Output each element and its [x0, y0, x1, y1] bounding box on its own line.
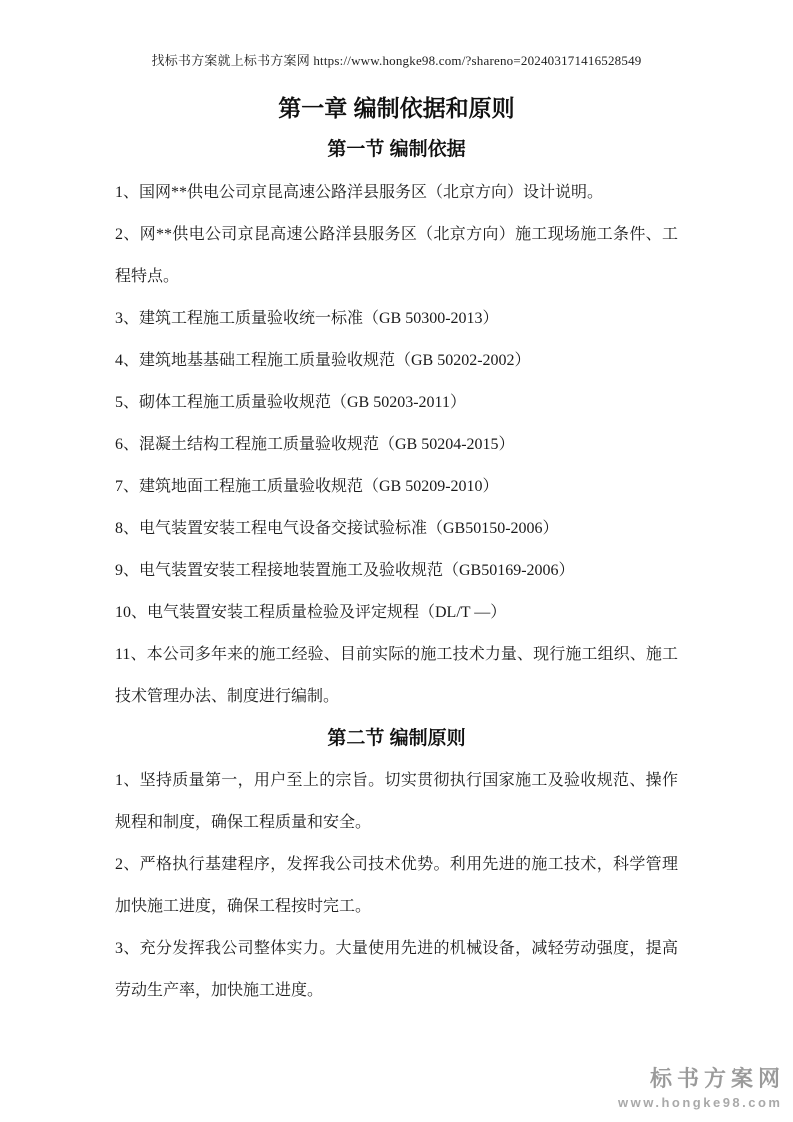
- list-item: 7、建筑地面工程施工质量验收规范（GB 50209-2010）: [115, 466, 678, 508]
- list-item: 2、网**供电公司京昆高速公路洋县服务区（北京方向）施工现场施工条件、工程特点。: [115, 214, 678, 298]
- list-item: 10、电气装置安装工程质量检验及评定规程（DL/T —）: [115, 592, 678, 634]
- header-note: 找标书方案就上标书方案网 https://www.hongke98.com/?s…: [0, 50, 793, 69]
- section-1-heading: 第一节 编制依据: [115, 135, 678, 165]
- list-item: 8、电气装置安装工程电气设备交接试验标准（GB50150-2006）: [115, 508, 678, 550]
- list-item: 2、严格执行基建程序，发挥我公司技术优势。利用先进的施工技术，科学管理加快施工进…: [115, 844, 678, 928]
- watermark-site-url: www.hongke98.com: [618, 1095, 783, 1110]
- list-item: 1、坚持质量第一，用户至上的宗旨。切实贯彻执行国家施工及验收规范、操作规程和制度…: [115, 760, 678, 844]
- section-2-items: 1、坚持质量第一，用户至上的宗旨。切实贯彻执行国家施工及验收规范、操作规程和制度…: [115, 760, 678, 1012]
- watermark: 标书方案网 www.hongke98.com: [618, 1062, 780, 1110]
- list-item: 5、砌体工程施工质量验收规范（GB 50203-2011）: [115, 382, 678, 424]
- section-2-heading: 第二节 编制原则: [115, 718, 678, 760]
- list-item: 11、本公司多年来的施工经验、目前实际的施工技术力量、现行施工组织、施工技术管理…: [115, 634, 678, 718]
- list-item: 4、建筑地基基础工程施工质量验收规范（GB 50202-2002）: [115, 340, 678, 382]
- document-body: 第一章 编制依据和原则 第一节 编制依据 1、国网**供电公司京昆高速公路洋县服…: [115, 92, 678, 1012]
- list-item: 6、混凝土结构工程施工质量验收规范（GB 50204-2015）: [115, 424, 678, 466]
- chapter-title: 第一章 编制依据和原则: [115, 92, 678, 124]
- list-item: 9、电气装置安装工程接地装置施工及验收规范（GB50169-2006）: [115, 550, 678, 592]
- list-item: 3、充分发挥我公司整体实力。大量使用先进的机械设备，减轻劳动强度，提高劳动生产率…: [115, 928, 678, 1012]
- watermark-site-name: 标书方案网: [618, 1062, 785, 1093]
- list-item: 1、国网**供电公司京昆高速公路洋县服务区（北京方向）设计说明。: [115, 172, 678, 214]
- document-page: 找标书方案就上标书方案网 https://www.hongke98.com/?s…: [0, 0, 793, 1122]
- list-item: 3、建筑工程施工质量验收统一标准（GB 50300-2013）: [115, 298, 678, 340]
- section-1-items: 1、国网**供电公司京昆高速公路洋县服务区（北京方向）设计说明。 2、网**供电…: [115, 172, 678, 718]
